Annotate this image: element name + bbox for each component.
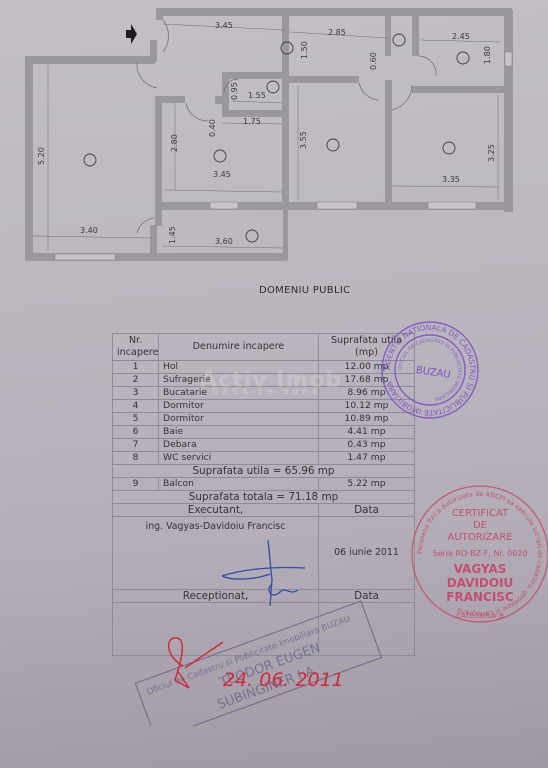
svg-text:5.20: 5.20 bbox=[37, 147, 46, 165]
arrow-right-icon bbox=[126, 24, 137, 44]
executant-header-row: Executant, Data bbox=[113, 504, 415, 517]
table-row: 9 Balcon 5.22 mp bbox=[113, 478, 415, 491]
room-area: 4.41 mp bbox=[319, 426, 415, 439]
ancpi-stamp: AGENTIA NATIONALA DE CADASTRU SI PUBLICI… bbox=[378, 318, 483, 423]
svg-text:BUZAU: BUZAU bbox=[415, 365, 451, 381]
certificate-stamp: Persoana fizica autorizata de ANCPI sa e… bbox=[408, 478, 548, 628]
svg-text:2.80: 2.80 bbox=[170, 134, 179, 152]
room-name: Dormitor bbox=[159, 400, 319, 413]
svg-text:CATEGORIA B: CATEGORIA B bbox=[456, 612, 504, 620]
room-marker-7 bbox=[393, 34, 405, 46]
svg-text:DAVIDOIU: DAVIDOIU bbox=[447, 576, 514, 590]
table-row: 4Dormitor10.12 mp bbox=[113, 400, 415, 413]
room-marker-6 bbox=[457, 52, 469, 64]
room-marker-9 bbox=[246, 230, 258, 242]
usable-total-row: Suprafata utila = 65.96 mp bbox=[113, 465, 415, 478]
room-name: Debara bbox=[159, 439, 319, 452]
scanned-document-page: 3.45 2.85 2.45 1.50 0.60 1.80 0.95 1.55 … bbox=[0, 0, 548, 768]
svg-text:0.95: 0.95 bbox=[230, 82, 239, 100]
dimension-labels: 3.45 2.85 2.45 1.50 0.60 1.80 0.95 1.55 … bbox=[37, 21, 496, 246]
svg-text:1.80: 1.80 bbox=[483, 46, 492, 64]
room-area: 0.43 mp bbox=[319, 439, 415, 452]
svg-text:DE: DE bbox=[473, 520, 487, 531]
svg-text:3.40: 3.40 bbox=[80, 226, 98, 235]
room-nr: 3 bbox=[113, 387, 159, 400]
executant-date: 06 iunie 2011 bbox=[323, 547, 410, 559]
executant-name: ing. Vagyas-Davidoiu Francisc bbox=[117, 521, 314, 533]
room-marker-8 bbox=[267, 81, 279, 93]
room-name: Baie bbox=[159, 426, 319, 439]
svg-text:3.35: 3.35 bbox=[442, 175, 460, 184]
balcony-name: Balcon bbox=[159, 478, 319, 491]
svg-text:0.60: 0.60 bbox=[369, 52, 378, 70]
room-nr: 7 bbox=[113, 439, 159, 452]
svg-text:1.50: 1.50 bbox=[300, 41, 309, 59]
table-row: 5Dormitor10.89 mp bbox=[113, 413, 415, 426]
receiver-stamp: Oficiul de Cadastru si Publicitate Imobi… bbox=[125, 596, 385, 726]
svg-text:3.25: 3.25 bbox=[487, 144, 496, 162]
svg-text:2.85: 2.85 bbox=[328, 28, 346, 37]
received-date: 24. 06. 2011 bbox=[223, 669, 344, 691]
table-header-row: Nr. incapere Denumire incapere Suprafata… bbox=[113, 334, 415, 361]
floor-plan: 3.45 2.85 2.45 1.50 0.60 1.80 0.95 1.55 … bbox=[0, 0, 548, 300]
header-nr: Nr. incapere bbox=[113, 334, 159, 361]
svg-text:1.45: 1.45 bbox=[168, 226, 177, 244]
room-nr: 1 bbox=[113, 361, 159, 374]
svg-text:1.75: 1.75 bbox=[243, 117, 261, 126]
table-row: 7Debara0.43 mp bbox=[113, 439, 415, 452]
room-marker-4 bbox=[327, 139, 339, 151]
usable-total: Suprafata utila = 65.96 mp bbox=[113, 465, 415, 478]
svg-text:FRANCISC: FRANCISC bbox=[446, 590, 514, 604]
room-nr: 6 bbox=[113, 426, 159, 439]
table-row: 6Baie4.41 mp bbox=[113, 426, 415, 439]
room-nr: 2 bbox=[113, 374, 159, 387]
executant-label: Executant, bbox=[113, 504, 319, 517]
walls bbox=[25, 8, 513, 261]
room-marker-5 bbox=[443, 142, 455, 154]
svg-text:AUTORIZARE: AUTORIZARE bbox=[448, 532, 513, 543]
watermark-subtitle: CASA ta bună bbox=[212, 387, 321, 396]
balcony-area: 5.22 mp bbox=[319, 478, 415, 491]
room-nr: 8 bbox=[113, 452, 159, 465]
room-markers bbox=[84, 34, 469, 242]
room-marker-3 bbox=[214, 150, 226, 162]
svg-text:3.55: 3.55 bbox=[299, 131, 308, 149]
svg-text:3.45: 3.45 bbox=[215, 21, 233, 30]
svg-text:3.60: 3.60 bbox=[215, 237, 233, 246]
table-row: 8WC servici1.47 mp bbox=[113, 452, 415, 465]
room-marker-2 bbox=[84, 154, 96, 166]
room-nr: 4 bbox=[113, 400, 159, 413]
grand-total-row: Suprafata totala = 71.18 mp bbox=[113, 491, 415, 504]
svg-text:CERTIFICAT: CERTIFICAT bbox=[452, 508, 509, 519]
svg-text:VAGYAS: VAGYAS bbox=[454, 562, 507, 576]
svg-text:0.40: 0.40 bbox=[208, 119, 217, 137]
svg-text:3.45: 3.45 bbox=[213, 170, 231, 179]
room-area: 1.47 mp bbox=[319, 452, 415, 465]
executant-data-label: Data bbox=[319, 504, 415, 517]
room-nr: 5 bbox=[113, 413, 159, 426]
domeniu-public-caption: DOMENIU PUBLIC bbox=[259, 285, 350, 296]
header-name: Denumire incapere bbox=[159, 334, 319, 361]
svg-text:1.55: 1.55 bbox=[248, 91, 266, 100]
balcony-nr: 9 bbox=[113, 478, 159, 491]
svg-text:Seria RO-BZ-F, Nr. 0020: Seria RO-BZ-F, Nr. 0020 bbox=[432, 549, 527, 558]
grand-total: Suprafata totala = 71.18 mp bbox=[113, 491, 415, 504]
room-name: WC servici bbox=[159, 452, 319, 465]
room-name: Dormitor bbox=[159, 413, 319, 426]
svg-text:2.45: 2.45 bbox=[452, 32, 470, 41]
